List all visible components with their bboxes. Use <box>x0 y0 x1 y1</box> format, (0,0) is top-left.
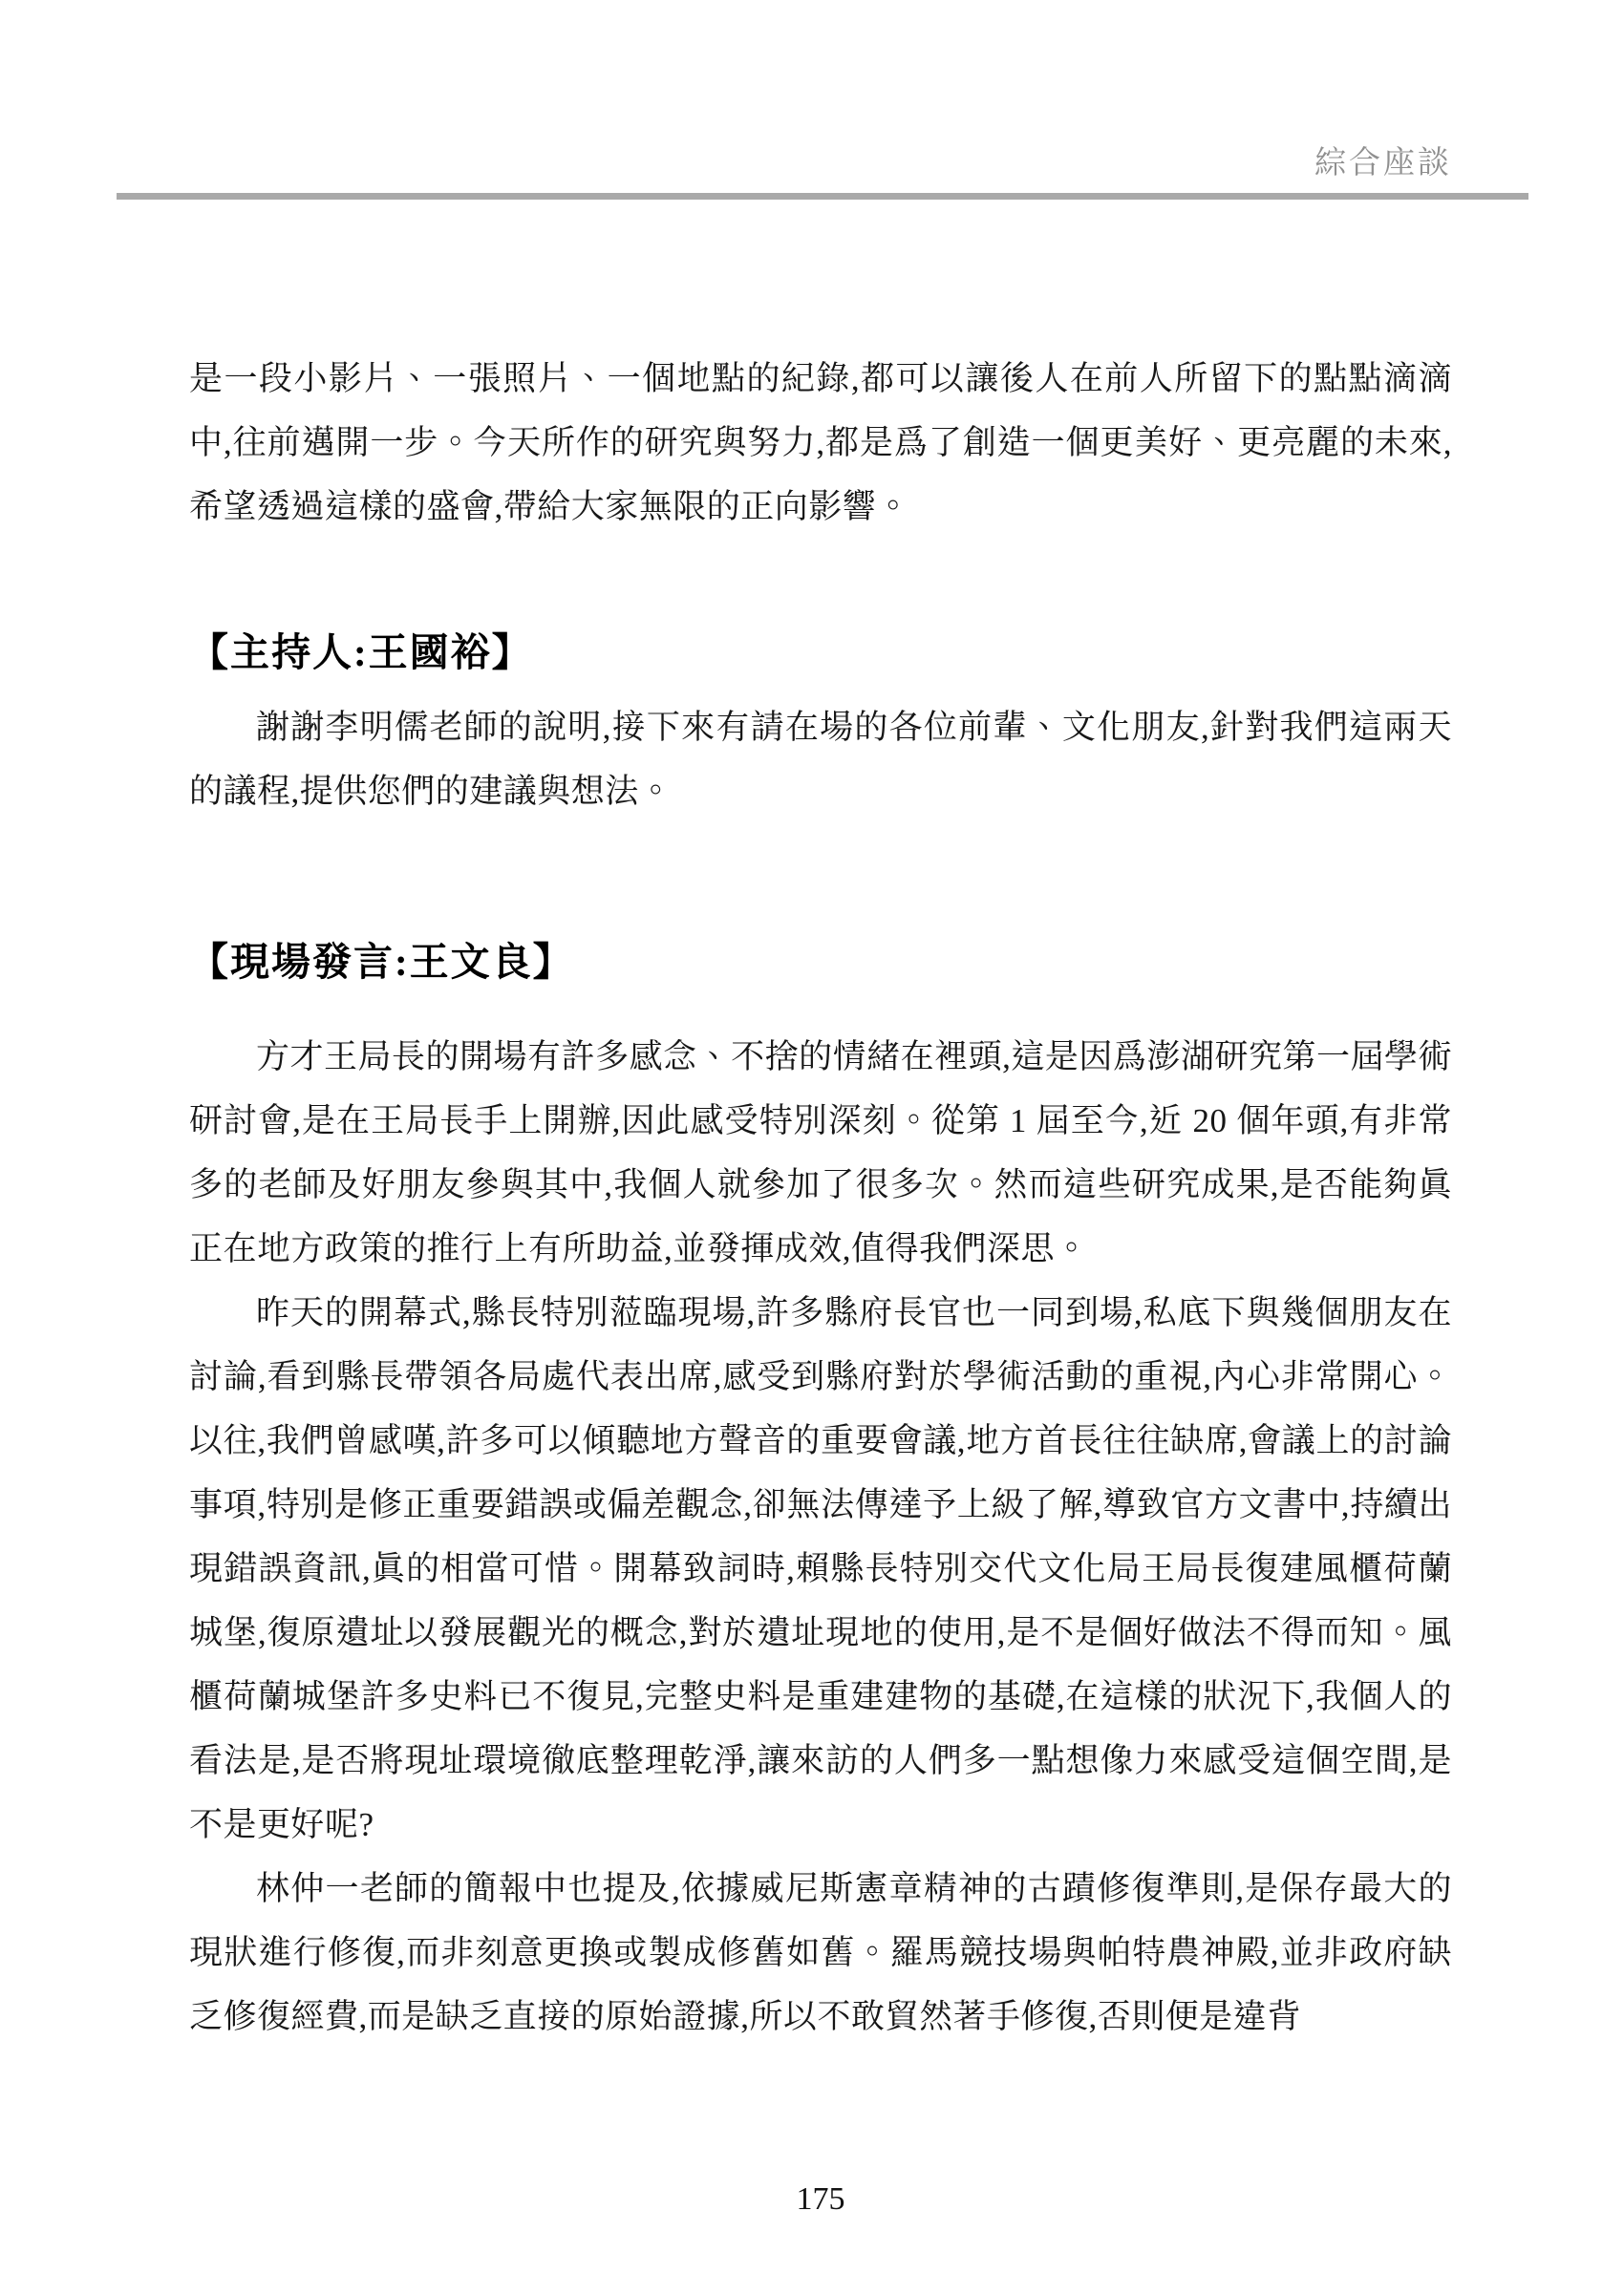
section-heading-floor-speaker: 【現場發言:王文良】 <box>189 930 574 987</box>
header-rule-divider <box>117 193 1528 200</box>
floor-speech-paragraph-1: 方才王局長的開場有許多感念、不捨的情緒在裡頭,這是因爲澎湖研究第一屆學術研討會,… <box>189 1025 1452 1281</box>
host-speech-block: 謝謝李明儒老師的說明,接下來有請在場的各位前輩、文化朋友,針對我們這兩天的議程,… <box>189 695 1452 823</box>
floor-speech-paragraph-2: 昨天的開幕式,縣長特別蒞臨現場,許多縣府長官也一同到場,私底下與幾個朋友在討論,… <box>189 1281 1452 1857</box>
section-heading-host: 【主持人:王國裕】 <box>189 621 533 677</box>
floor-speaker-speech-block: 方才王局長的開場有許多感念、不捨的情緒在裡頭,這是因爲澎湖研究第一屆學術研討會,… <box>189 1025 1452 2049</box>
floor-speech-paragraph-3: 林仲一老師的簡報中也提及,依據威尼斯憲章精神的古蹟修復準則,是保存最大的現狀進行… <box>189 1857 1452 2049</box>
page-number: 175 <box>189 2181 1452 2218</box>
host-speech-paragraph: 謝謝李明儒老師的說明,接下來有請在場的各位前輩、文化朋友,針對我們這兩天的議程,… <box>189 695 1452 823</box>
document-page: 綜合座談 是一段小影片、一張照片、一個地點的紀錄,都可以讓後人在前人所留下的點點… <box>0 0 1624 2296</box>
intro-paragraph: 是一段小影片、一張照片、一個地點的紀錄,都可以讓後人在前人所留下的點點滴滴中,往… <box>189 347 1452 539</box>
intro-paragraph-block: 是一段小影片、一張照片、一個地點的紀錄,都可以讓後人在前人所留下的點點滴滴中,往… <box>189 347 1452 539</box>
running-header: 綜合座談 <box>189 138 1452 182</box>
